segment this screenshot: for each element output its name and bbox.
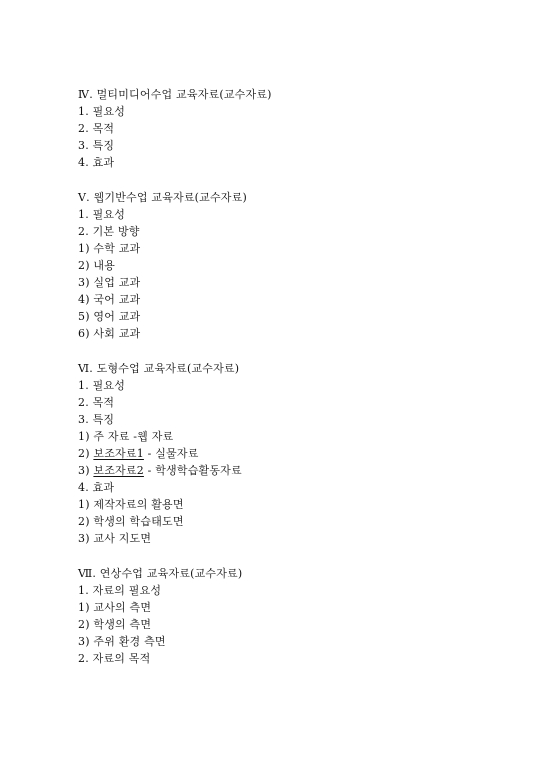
list-item: 2. 기본 방향 <box>78 223 498 240</box>
list-item: 1. 필요성 <box>78 206 498 223</box>
list-item: 4. 효과 <box>78 479 498 496</box>
list-item: 1) 교사의 측면 <box>78 599 498 616</box>
underlined-text: 보조자료2 <box>93 464 144 477</box>
list-item: 2. 목적 <box>78 120 498 137</box>
list-item: 1) 제작자료의 활용면 <box>78 496 498 513</box>
list-item: 2) 학생의 측면 <box>78 616 498 633</box>
list-item: 6) 사회 교과 <box>78 325 498 342</box>
section-geometry: Ⅵ. 도형수업 교육자료(교수자료) 1. 필요성 2. 목적 3. 특징 1)… <box>78 360 498 548</box>
section-heading: Ⅴ. 웹기반수업 교육자료(교수자료) <box>78 189 498 206</box>
list-item: 2) 학생의 학습태도면 <box>78 513 498 530</box>
list-item: 3) 주위 환경 측면 <box>78 633 498 650</box>
list-item: 2) 보조자료1 - 실물자료 <box>78 445 498 462</box>
list-item: 1) 수학 교과 <box>78 240 498 257</box>
section-multimedia: Ⅳ. 멀티미디어수업 교육자료(교수자료) 1. 필요성 2. 목적 3. 특징… <box>78 86 498 171</box>
list-item: 3) 실업 교과 <box>78 274 498 291</box>
section-heading: Ⅵ. 도형수업 교육자료(교수자료) <box>78 360 498 377</box>
list-item: 1. 필요성 <box>78 377 498 394</box>
section-heading: Ⅶ. 연상수업 교육자료(교수자료) <box>78 565 498 582</box>
item-suffix: - 실물자료 <box>144 447 199 460</box>
list-item: 3) 보조자료2 - 학생학습활동자료 <box>78 462 498 479</box>
list-item: 1. 필요성 <box>78 103 498 120</box>
list-item: 1) 주 자료 -웹 자료 <box>78 428 498 445</box>
section-association: Ⅶ. 연상수업 교육자료(교수자료) 1. 자료의 필요성 1) 교사의 측면 … <box>78 565 498 668</box>
list-item: 4. 효과 <box>78 154 498 171</box>
list-item: 2. 목적 <box>78 394 498 411</box>
item-prefix: 3) <box>78 464 93 477</box>
document-page: Ⅳ. 멀티미디어수업 교육자료(교수자료) 1. 필요성 2. 목적 3. 특징… <box>78 86 498 684</box>
section-heading: Ⅳ. 멀티미디어수업 교육자료(교수자료) <box>78 86 498 103</box>
underlined-text: 보조자료1 <box>93 447 144 460</box>
list-item: 5) 영어 교과 <box>78 308 498 325</box>
list-item: 4) 국어 교과 <box>78 291 498 308</box>
list-item: 3. 특징 <box>78 137 498 154</box>
item-suffix: - 학생학습활동자료 <box>144 464 242 477</box>
list-item: 3. 특징 <box>78 411 498 428</box>
item-prefix: 2) <box>78 447 93 460</box>
list-item: 2) 내용 <box>78 257 498 274</box>
section-web-based: Ⅴ. 웹기반수업 교육자료(교수자료) 1. 필요성 2. 기본 방향 1) 수… <box>78 189 498 343</box>
list-item: 3) 교사 지도면 <box>78 530 498 547</box>
list-item: 2. 자료의 목적 <box>78 650 498 667</box>
list-item: 1. 자료의 필요성 <box>78 582 498 599</box>
